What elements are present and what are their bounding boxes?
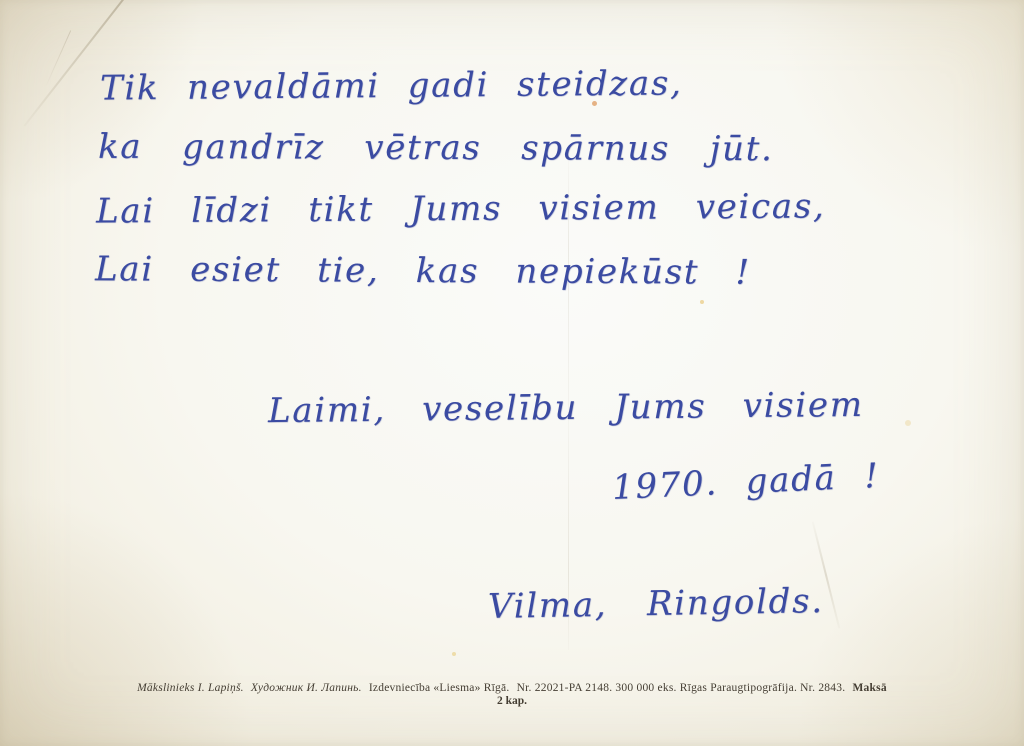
paper-stain	[452, 652, 456, 656]
poem-line-4: Lai esiet tie, kas nepiekūst !	[95, 249, 751, 292]
paper-stain	[905, 420, 911, 426]
imprint-print-numbers: Nr. 22021-PA 2148. 300 000 eks. Rīgas Pa…	[517, 682, 846, 694]
imprint-line: Mākslinieks I. Lapiņš. Художник И. Лапин…	[0, 682, 1024, 694]
imprint-artist-russian: Художник И. Лапинь.	[251, 682, 362, 694]
poem-line-3: Lai līdzi tikt Jums visiem veicas,	[96, 186, 826, 231]
greeting-line: Laimi, veselību Jums visiem	[268, 385, 864, 431]
imprint-publisher: Izdevniecība «Liesma» Rīgā.	[369, 682, 510, 694]
paper-stain	[700, 300, 704, 304]
postcard-scan: Tik nevaldāmi gadi steidzas, ka gandrīz …	[0, 0, 1024, 746]
imprint-price-value: 2 kap.	[0, 695, 1024, 707]
paper-crease-top-left-small	[46, 30, 71, 85]
poem-line-1: Tik nevaldāmi gadi steidzas,	[100, 63, 683, 108]
poem-line-2: ka gandrīz vētras spārnus jūt.	[98, 127, 774, 169]
signature: Vilma, Ringolds.	[488, 581, 824, 627]
greeting-year: 1970. gadā !	[611, 456, 880, 508]
imprint-artist-latvian: Mākslinieks I. Lapiņš.	[137, 682, 244, 694]
imprint-price-label: Maksā	[852, 682, 886, 694]
